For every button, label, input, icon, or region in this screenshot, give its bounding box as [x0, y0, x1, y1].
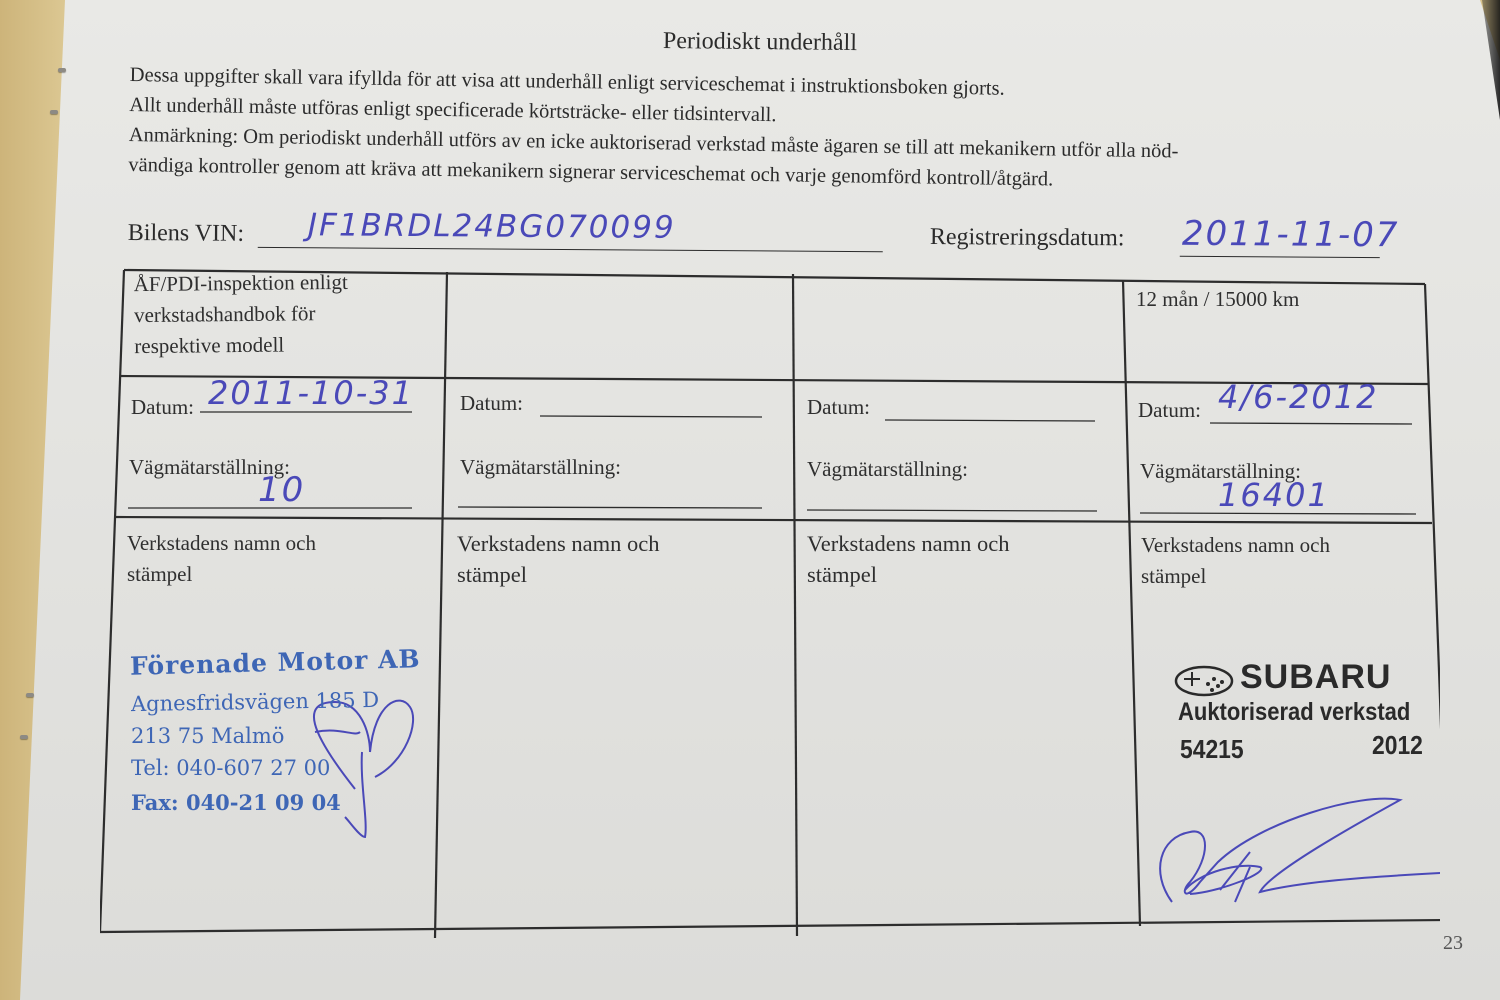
odometer-label: Vägmätarställning:: [807, 454, 968, 485]
workshop-label-line: Verkstadens namn och: [457, 528, 659, 559]
subaru-brand: SUBARU: [1240, 658, 1391, 697]
intro-paragraph: Dessa uppgifter skall vara ifyllda för a…: [128, 60, 1410, 200]
column-header-pdi: ÅF/PDI-inspektion enligt verkstadshandbo…: [134, 267, 349, 362]
workshop-label-line: stämpel: [1141, 561, 1330, 592]
column-header-12-months: 12 mån / 15000 km: [1136, 284, 1299, 315]
workshop-label-line: stämpel: [127, 559, 316, 590]
workshop-label-line: Verkstadens namn och: [807, 528, 1009, 559]
header-line: respektive modell: [134, 329, 348, 362]
workshop-label-line: stämpel: [457, 559, 659, 590]
workshop-label: Verkstadens namn och stämpel: [807, 528, 1009, 590]
registration-date-underline: [1180, 256, 1380, 258]
stamp-postal: 213 75 Malmö: [131, 724, 284, 748]
odometer-value-col4[interactable]: 16401: [1218, 476, 1330, 514]
date-label: Datum:: [460, 388, 523, 419]
registration-date-value[interactable]: 2011-11-07: [1182, 214, 1400, 256]
registration-date-label: Registreringsdatum:: [930, 224, 1125, 252]
workshop-label: Verkstadens namn och stämpel: [457, 528, 659, 590]
workshop-label-line: Verkstadens namn och: [127, 528, 316, 559]
vin-value[interactable]: JF1BRDL24BG070099: [308, 207, 676, 246]
workshop-label-line: stämpel: [807, 559, 1009, 590]
odometer-value-col1[interactable]: 10: [258, 470, 305, 510]
workshop-label-line: Verkstadens namn och: [1141, 530, 1330, 561]
service-schedule-table: ÅF/PDI-inspektion enligt verkstadshandbo…: [100, 262, 1430, 952]
date-value-col1[interactable]: 2011-10-31: [208, 374, 414, 412]
stamp-fax: Fax: 040-21 09 04: [131, 790, 341, 815]
header-line: verkstadshandbok för: [134, 298, 348, 331]
odometer-label: Vägmätarställning:: [460, 452, 621, 483]
subaru-year: 2012: [1372, 730, 1423, 761]
date-value-col4[interactable]: 4/6-2012: [1218, 378, 1378, 416]
registration-date-field: Registreringsdatum: 2011-11-07: [930, 222, 1400, 265]
vin-label: Bilens VIN:: [128, 220, 244, 248]
subaru-logo-icon: [1174, 664, 1234, 698]
table-grid-lines: [100, 262, 1440, 962]
service-record-page: Periodiskt underhåll Dessa uppgifter ska…: [0, 0, 1500, 1000]
vin-underline: [258, 247, 883, 252]
stamp-phone: Tel: 040-607 27 00: [131, 756, 330, 780]
signature-col4: [1160, 799, 1440, 902]
stamp-address: Agnesfridsvägen 185 D: [131, 688, 380, 716]
date-label: Datum:: [807, 392, 870, 423]
date-label: Datum:: [131, 392, 194, 423]
workshop-label: Verkstadens namn och stämpel: [127, 528, 316, 590]
date-label: Datum:: [1138, 395, 1201, 426]
subaru-dealer-number: 54215: [1180, 734, 1244, 765]
vin-field: Bilens VIN: JF1BRDL24BG070099: [128, 212, 888, 257]
page-number: 23: [1443, 932, 1463, 955]
workshop-label: Verkstadens namn och stämpel: [1141, 530, 1330, 592]
header-line: ÅF/PDI-inspektion enligt: [134, 267, 348, 300]
page-title: Periodiskt underhåll: [663, 28, 857, 57]
subaru-subtitle: Auktoriserad verkstad: [1178, 698, 1410, 727]
